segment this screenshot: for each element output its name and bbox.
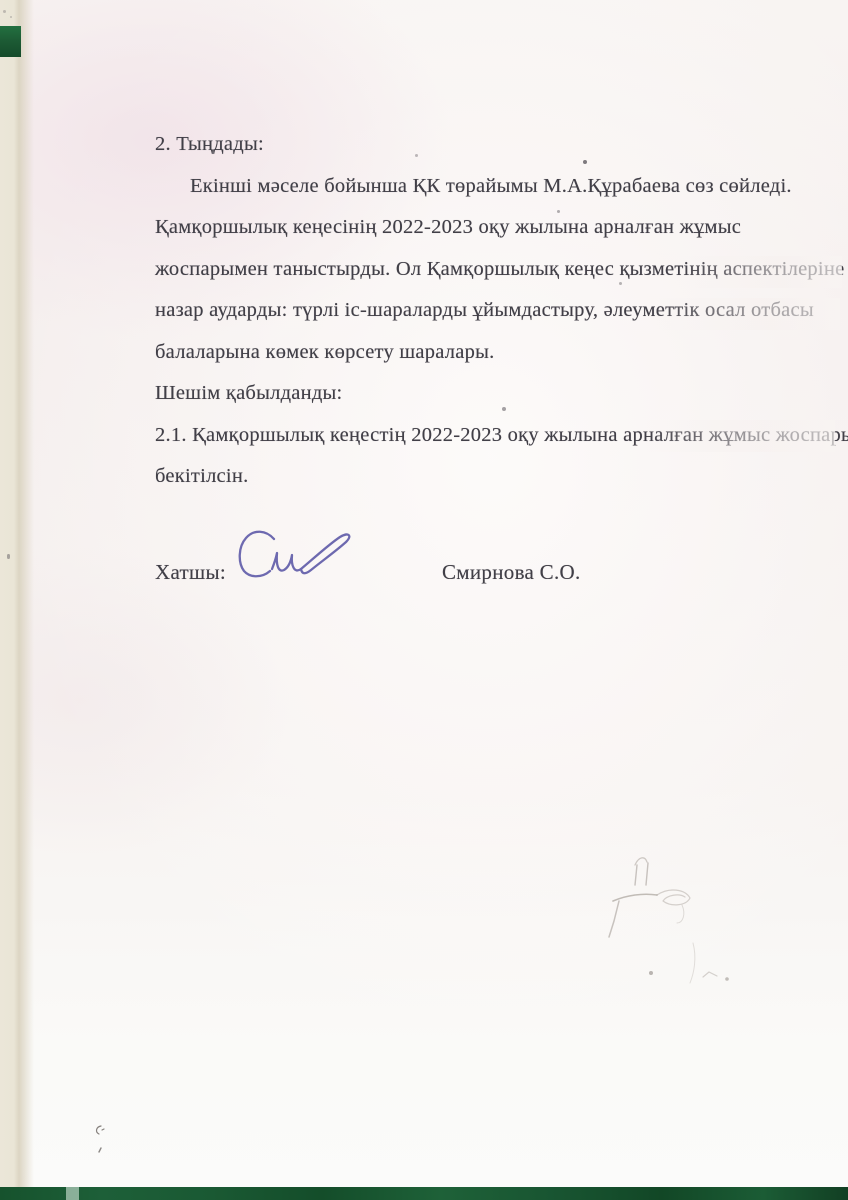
scan-artifact-top-left — [0, 26, 21, 57]
ink-speck — [3, 10, 6, 13]
decision-item-2-1-cont: бекітілсін. — [155, 456, 845, 498]
scanned-page: 2. Тыңдады: Екінші мәселе бойынша ҚК төр… — [0, 0, 848, 1200]
ink-speck — [7, 554, 10, 559]
scan-artifact-bottom-strip — [0, 1187, 848, 1200]
document-text-block: 2. Тыңдады: Екінші мәселе бойынша ҚК төр… — [155, 124, 845, 498]
pencil-smudge — [585, 845, 765, 985]
heading-item-2: 2. Тыңдады: — [155, 124, 845, 166]
stray-pen-mark — [93, 1124, 107, 1158]
paragraph-line: Екінші мәселе бойынша ҚК төрайымы М.А.Құ… — [155, 166, 845, 208]
paragraph-line: балаларына көмек көрсету шаралары. — [155, 332, 845, 374]
ink-speck — [10, 16, 12, 18]
ink-speck — [583, 160, 587, 164]
paragraph-line: назар аударды: түрлі іс-шараларды ұйымда… — [155, 290, 845, 332]
paragraph-line: Қамқоршылық кеңесінің 2022-2023 оқу жылы… — [155, 207, 845, 249]
scan-artifact-gap — [66, 1187, 79, 1200]
ink-speck — [557, 210, 560, 213]
ink-speck — [502, 407, 506, 411]
decision-item-2-1: 2.1. Қамқоршылық кеңестің 2022-2023 оқу … — [155, 415, 845, 457]
secretary-label: Хатшы: — [155, 560, 226, 585]
decision-heading: Шешім қабылданды: — [155, 373, 845, 415]
paragraph-line: жоспарымен таныстырды. Ол Қамқоршылық ке… — [155, 249, 845, 291]
secretary-name: Смирнова С.О. — [442, 560, 581, 585]
signature-ink — [226, 526, 358, 590]
ink-speck — [619, 282, 622, 285]
ink-speck — [415, 154, 418, 157]
